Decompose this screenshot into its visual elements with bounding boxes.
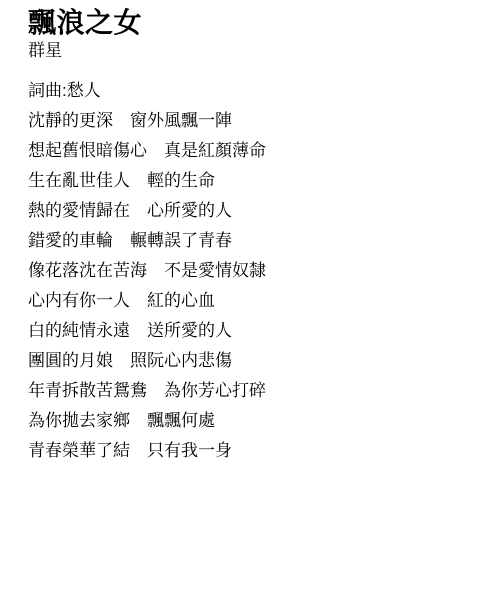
lyric-line: 白的純情永遠 送所愛的人 xyxy=(28,316,480,346)
lyric-lines: 沈靜的更深 窗外風飄一陣想起舊恨暗傷心 真是紅顏薄命生在亂世佳人 輕的生命熱的愛… xyxy=(28,106,480,466)
song-title: 飄浪之女 xyxy=(28,6,480,40)
lyric-line: 青春榮華了結 只有我一身 xyxy=(28,436,480,466)
artist-name: 群星 xyxy=(28,40,480,62)
lyric-line: 熱的愛情歸在 心所愛的人 xyxy=(28,196,480,226)
lyric-line: 錯愛的車輪 輾轉誤了青春 xyxy=(28,226,480,256)
lyrics-block: 詞曲:愁人 沈靜的更深 窗外風飄一陣想起舊恨暗傷心 真是紅顏薄命生在亂世佳人 輕… xyxy=(28,76,480,466)
lyric-line: 沈靜的更深 窗外風飄一陣 xyxy=(28,106,480,136)
lyric-line: 團圓的月娘 照阮心内悲傷 xyxy=(28,346,480,376)
lyric-line: 心内有你一人 紅的心血 xyxy=(28,286,480,316)
lyric-line: 年青拆散苦鴛鴦 為你芳心打碎 xyxy=(28,376,480,406)
lyric-line: 想起舊恨暗傷心 真是紅顏薄命 xyxy=(28,136,480,166)
lyrics-page: 飄浪之女 群星 詞曲:愁人 沈靜的更深 窗外風飄一陣想起舊恨暗傷心 真是紅顏薄命… xyxy=(0,0,500,610)
credit-line: 詞曲:愁人 xyxy=(28,76,480,106)
lyric-line: 生在亂世佳人 輕的生命 xyxy=(28,166,480,196)
lyric-line: 為你拋去家鄉 飄飄何處 xyxy=(28,406,480,436)
lyric-line: 像花落沈在苦海 不是愛情奴隸 xyxy=(28,256,480,286)
